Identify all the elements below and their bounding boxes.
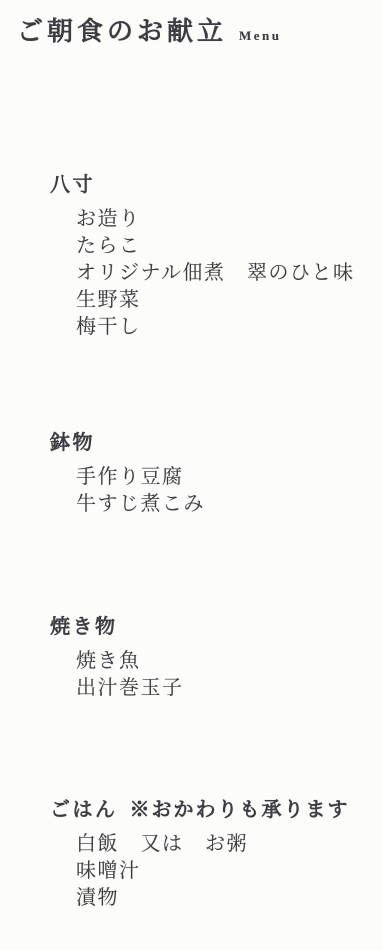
menu-item: お造り — [76, 206, 383, 233]
section-header-label: 鉢物 — [50, 432, 95, 454]
section-hachimono: 鉢物 手作り豆腐 牛すじ煮こみ — [0, 430, 383, 518]
section-header: ごはん※おかわりも承ります — [50, 797, 383, 823]
menu-header: ご朝食のお献立Menu — [17, 11, 282, 48]
section-header: 焼き物 — [50, 614, 383, 640]
section-header: 八寸 — [50, 172, 383, 198]
section-header-label: 焼き物 — [50, 616, 118, 638]
section-header-label: 八寸 — [50, 174, 95, 196]
menu-item: 梅干し — [76, 314, 383, 341]
menu-item: オリジナル佃煮 翠のひと味 — [76, 260, 383, 287]
section-item-list: 白飯 又は お粥 味噌汁 漬物 — [0, 831, 383, 912]
menu-subtitle: Menu — [239, 28, 282, 44]
page-title: ご朝食のお献立 — [17, 17, 227, 46]
menu-item: たらこ — [76, 233, 383, 260]
menu-item: 漬物 — [76, 885, 383, 912]
menu-item: 白飯 又は お粥 — [76, 831, 383, 858]
menu-item: 出汁巻玉子 — [76, 675, 383, 702]
section-item-list: 焼き魚 出汁巻玉子 — [0, 648, 383, 702]
menu-item: 焼き魚 — [76, 648, 383, 675]
section-header-note: ※おかわりも承ります — [130, 799, 350, 821]
menu-item: 生野菜 — [76, 287, 383, 314]
menu-item: 味噌汁 — [76, 858, 383, 885]
section-item-list: お造り たらこ オリジナル佃煮 翠のひと味 生野菜 梅干し — [0, 206, 383, 341]
menu-item: 牛すじ煮こみ — [76, 491, 383, 518]
section-yakimono: 焼き物 焼き魚 出汁巻玉子 — [0, 614, 383, 702]
section-item-list: 手作り豆腐 牛すじ煮こみ — [0, 464, 383, 518]
menu-item: 手作り豆腐 — [76, 464, 383, 491]
section-gohan: ごはん※おかわりも承ります 白飯 又は お粥 味噌汁 漬物 — [0, 797, 383, 912]
breakfast-menu-page: ご朝食のお献立Menu 八寸 お造り たらこ オリジナル佃煮 翠のひと味 生野菜… — [0, 0, 383, 950]
section-header-label: ごはん — [50, 799, 118, 821]
section-hassun: 八寸 お造り たらこ オリジナル佃煮 翠のひと味 生野菜 梅干し — [0, 172, 383, 341]
section-header: 鉢物 — [50, 430, 383, 456]
